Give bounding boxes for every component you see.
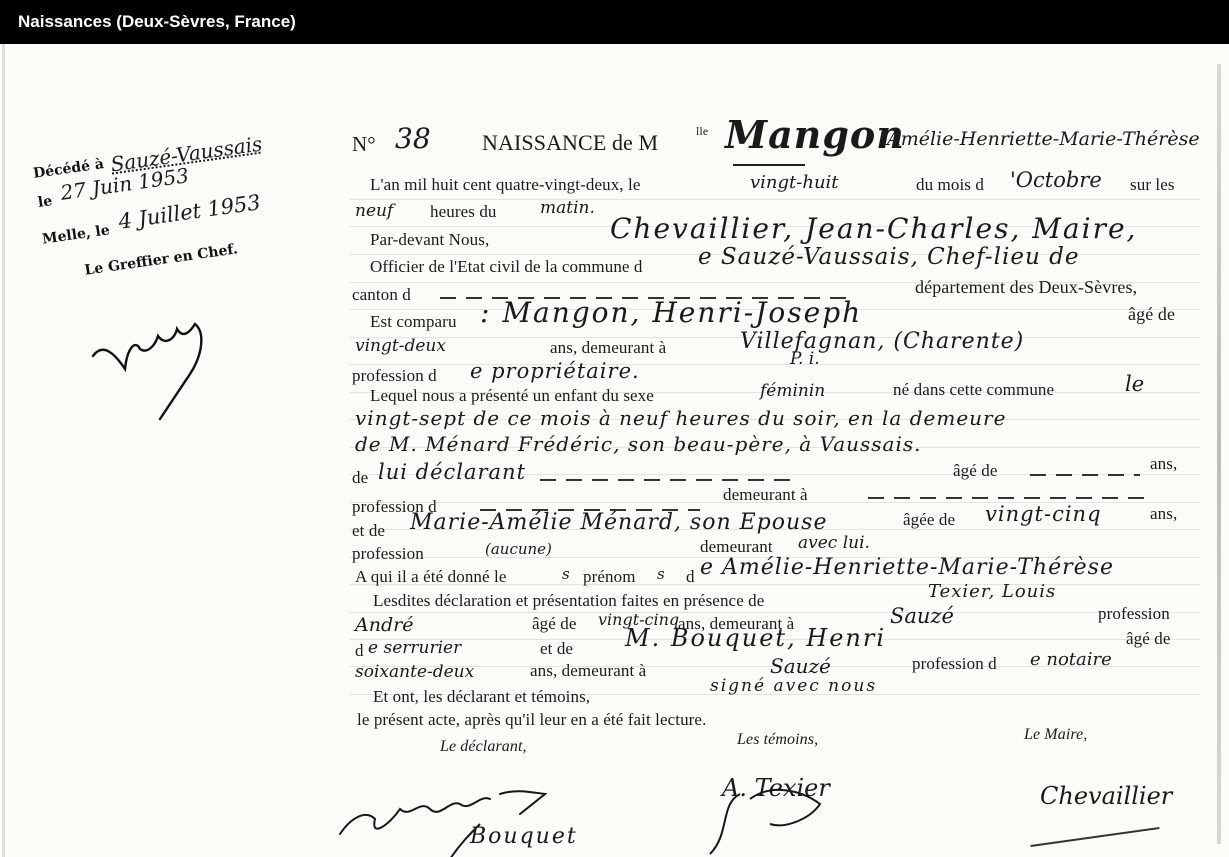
label-mayor: Le Maire, [1024, 726, 1087, 744]
text-ans-2: ans, [1150, 504, 1177, 524]
hand-margin-note: P. i. [790, 349, 820, 369]
text-demeurant-3: demeurant [700, 537, 773, 557]
text-lequel: Lequel nous a présenté un enfant du sexe [370, 386, 654, 406]
hand-witness2-age: soixante-deux [355, 662, 474, 682]
blank-residence [868, 497, 1148, 499]
hand-witness2-residence: Sauzé [770, 654, 831, 678]
clerk-signature [85, 294, 245, 434]
record-title: NAISSANCE de M [482, 130, 658, 156]
hand-mother-profession: (aucune) [485, 540, 552, 558]
text-agee-de: âgée de [903, 510, 955, 530]
text-de: de [352, 468, 368, 488]
text-age-de-3: âgé de [532, 614, 577, 634]
hand-witness1-residence: Sauzé [890, 604, 954, 628]
ruled-line [350, 612, 1200, 613]
text-present-acte: le présent acte, après qu'il leur en a é… [357, 710, 706, 730]
text-et-de-2: et de [540, 639, 573, 659]
text-profession-5: profession d [912, 654, 997, 674]
text-d: d [686, 567, 695, 587]
window-title: Naissances (Deux-Sèvres, France) [18, 12, 296, 31]
hand-signed-with-us: signé avec nous [710, 676, 877, 696]
text-profession-3: profession [352, 544, 424, 564]
mayor-signature: Chevaillier [1040, 782, 1172, 810]
hand-hour: neuf [355, 201, 393, 221]
label-witnesses: Les témoins, [737, 731, 818, 749]
hand-father-residence: Villefagnan, (Charente) [740, 329, 1024, 354]
text-d-2: d [355, 641, 364, 661]
text-age-de-4: âgé de [1126, 629, 1171, 649]
hand-plural-s1: s [562, 565, 570, 583]
text-par-devant: Par-devant Nous, [370, 230, 489, 250]
hand-witness1-profession: e serrurier [368, 638, 461, 658]
text-ans: ans, [1150, 454, 1177, 474]
child-surname: Mangon [725, 112, 905, 157]
text-ans-demeurant-3: ans, demeurant à [530, 661, 646, 681]
text-month-label: du mois d [916, 175, 984, 195]
hand-sex: féminin [760, 381, 825, 401]
record-number-label: N° [352, 132, 376, 157]
text-hours: heures du [430, 202, 497, 222]
label-declarant: Le déclarant, [440, 738, 527, 756]
record-title-sup: lle [696, 124, 708, 139]
window-title-bar: Naissances (Deux-Sèvres, France) [0, 0, 1229, 44]
ruled-line [350, 199, 1200, 200]
hand-declarant: lui déclarant [378, 460, 526, 484]
hand-plural-s2: s [657, 565, 665, 583]
text-sur-les: sur les [1130, 175, 1175, 195]
text-canton: canton d [352, 285, 411, 305]
text-profession: profession d [352, 366, 437, 386]
text-department: département des Deux-Sèvres, [915, 277, 1137, 298]
text-a-qui: A qui il a été donné le [355, 567, 506, 587]
hand-birth-time: vingt-sept de ce mois à neuf heures du s… [355, 406, 1006, 430]
hand-mother-age: vingt-cinq [985, 502, 1102, 526]
text-ne-commune: né dans cette commune [893, 380, 1054, 400]
text-lesdites: Lesdites déclaration et présentation fai… [373, 591, 764, 611]
text-profession-4: profession [1098, 604, 1170, 624]
stamp-date-label: le [37, 193, 53, 211]
hand-given-names: e Amélie-Henriette-Marie-Thérèse [700, 555, 1114, 580]
hand-time-of-day: matin. [540, 198, 595, 218]
text-et-ont: Et ont, les déclarant et témoins, [373, 687, 590, 707]
witness2-signature: Bouquet [470, 824, 578, 849]
record-number: 38 [395, 122, 431, 155]
stamp-registration-date: 4 Juillet 1953 [117, 190, 262, 234]
hand-day: vingt-huit [750, 172, 839, 193]
text-demeurant-2: demeurant à [723, 485, 808, 505]
text-age-de: âgé de [1128, 304, 1175, 325]
text-ans-demeurant: ans, demeurant à [550, 338, 666, 358]
blank-declarant [540, 479, 800, 481]
hand-father-profession: e propriétaire. [470, 359, 640, 383]
hand-officer-name: Chevaillier, Jean-Charles, Maire, [610, 212, 1137, 245]
surname-underline [733, 164, 805, 166]
hand-month: 'Octobre [1010, 168, 1102, 192]
text-et-de: et de [352, 521, 385, 541]
text-officer: Officier de l'Etat civil de la commune d [370, 257, 643, 277]
stamp-clerk-title: Le Greffier en Chef. [84, 241, 239, 278]
hand-witness1-firstname: André [355, 614, 413, 636]
text-age-de-2: âgé de [953, 461, 998, 481]
document-page: Décédé à Sauzé-Vaussais le 27 Juin 1953 … [0, 44, 1229, 857]
text-est-comparu: Est comparu [370, 312, 457, 332]
stamp-place-label: Melle, le [41, 222, 110, 247]
mayor-signature-underline [1030, 827, 1159, 847]
child-given-names: Amélie-Henriette-Marie-Thérèse [887, 128, 1200, 150]
text-year: L'an mil huit cent quatre-vingt-deux, le [370, 175, 640, 195]
hand-birth-place: de M. Ménard Frédéric, son beau-père, à … [355, 432, 921, 456]
hand-witness1-name: Texier, Louis [928, 581, 1056, 602]
hand-father-name: : Mangon, Henri-Joseph [480, 296, 862, 329]
hand-father-age: vingt-deux [355, 336, 446, 356]
blank-age [1030, 474, 1140, 476]
hand-witness2-profession: e notaire [1030, 649, 1112, 670]
hand-witness2-name: M. Bouquet, Henri [625, 624, 886, 652]
witness1-signature: A. Texier [722, 774, 830, 802]
hand-commune: e Sauzé-Vaussais, Chef-lieu de [698, 244, 1079, 270]
text-prenom: prénom [583, 567, 636, 587]
page-edge [2, 44, 5, 857]
hand-mother-name: Marie-Amélie Ménard, son Epouse [410, 510, 827, 535]
hand-le: le [1125, 372, 1144, 396]
hand-mother-residence: avec lui. [798, 533, 870, 553]
